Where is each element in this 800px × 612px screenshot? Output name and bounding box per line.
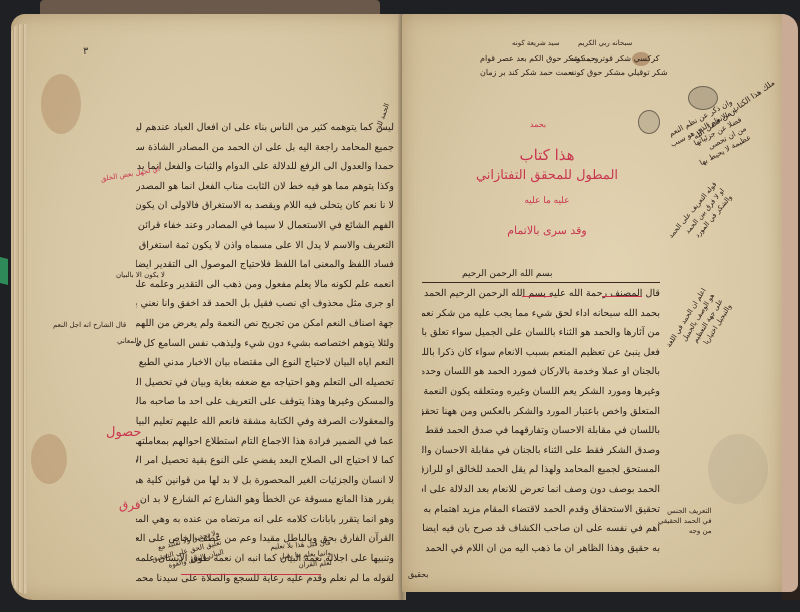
left-main-text: ليس كما يتوهمه كثير من الناس بناء على ان… xyxy=(136,118,394,588)
text-line: وغيرها ومورد الشكر يعم اللسان وغيره ومتع… xyxy=(422,382,660,402)
red-overline xyxy=(602,296,642,297)
text-line: ليس كما يتوهمه كثير من الناس بناء على ان… xyxy=(136,118,394,138)
text-line: من آثارها والحمد هو الثناء باللسان على ا… xyxy=(422,323,660,343)
bottom-note-line: في الحمد الحقيقي xyxy=(658,516,712,526)
margin-notes-lower: اعلم ان الحمد في اللغة هو الوصف بالجميل … xyxy=(664,286,734,365)
page-stack-edge xyxy=(11,24,27,594)
text-line: فساد اللفظ والمعنى اما اللفظ فلاحتياج ال… xyxy=(136,255,394,275)
text-line: لا انسان والجزئيات الغير المحصورة بل لا … xyxy=(136,471,394,491)
text-line: عما في الضمير فرادة هذا الاجماع التام اس… xyxy=(136,432,394,452)
title-line-1: هذا كتاب xyxy=(492,146,602,164)
text-line: وكذا يتوهم مما هو فيه خط لان الثابت مناب… xyxy=(136,177,394,197)
text-line: وهو انما يتقرر بابانات كلامه على انه مرت… xyxy=(136,510,394,530)
title-line-3: عليه ما عليه xyxy=(502,196,592,206)
text-line: ولئلا يتوهم اختصاصه بشيء دون شيء وليذهب … xyxy=(136,334,394,354)
green-bookmark-tab xyxy=(0,257,8,285)
water-stain xyxy=(41,74,81,134)
verse-line: شكر توقيلي مشكر حوق كونه xyxy=(570,68,668,78)
bottom-note-line: من وجه xyxy=(658,526,712,536)
text-line: انعمه علم لكونه مالا يعلم مفعول ومن ذهب … xyxy=(136,275,394,295)
text-line: اهم في نفسه على ان صاحب الكشاف قد صرح با… xyxy=(422,519,660,539)
right-page: سيد شريعة كونه سبحانه ربي الكريم كركسي ش… xyxy=(402,14,798,592)
text-line: وصدق الشكر فقط على الثناء بالجنان في مقا… xyxy=(422,441,660,461)
verse-line: نعمت حمد شكر كند بر زمان xyxy=(480,68,574,78)
faint-seal xyxy=(638,110,660,134)
text-line: لقوله ما لم نعلم وقدم عليه رعاية للسجع و… xyxy=(136,569,394,589)
text-line: الحمد بوصف دون وصف انما تعرض للانعام بعد… xyxy=(422,480,660,500)
basmala-heading: بسم الله الرحمن الرحيم xyxy=(462,269,552,279)
basmala-underline xyxy=(422,282,660,283)
margin-notes-mid: قوله التعريف على الحمد او لا فرق بين الح… xyxy=(666,180,734,254)
text-line: الفهم الشائع في الاستعمال لا سيما في الم… xyxy=(136,216,394,236)
book-cover-top-edge xyxy=(40,0,380,14)
text-line: بالجنان او عملا وخدمة بالاركان فمورد الح… xyxy=(422,362,660,382)
margin-note: قال الشارح انه اجل النعم xyxy=(53,320,126,330)
catchword: بحقيق xyxy=(408,570,429,580)
text-line: تحقيق الاستحقاق وقدم الحمد لاقتضاء المقا… xyxy=(422,500,660,520)
text-line: تحصيله الى التعلم وهو احتياجه مع ضعفه بغ… xyxy=(136,373,394,393)
text-line: به حقيق وهذا الظاهر ان ما ذهب اليه من ان… xyxy=(422,539,660,559)
bottom-note: التعريف الجنس في الحمد الحقيقي من وجه xyxy=(658,506,712,536)
verse-heading: سيد شريعة كونه xyxy=(512,38,560,48)
text-line: فعل ينبئ عن تعظيم المنعم بسبب الانعام سو… xyxy=(422,343,660,363)
text-line: التعريف والاسم لا يدل الا على مسماه واذن… xyxy=(136,236,394,256)
text-line: المتعلق واخص باعتبار المورد والشكر بالعك… xyxy=(422,402,660,422)
text-line: باللسان في مقابلة الاحسان وتفارقهما في ص… xyxy=(422,421,660,441)
red-margin-note-farq: فرق xyxy=(119,500,141,510)
margin-note: والمعاني xyxy=(117,336,142,346)
text-line: والمسكن وغيرها وهذا يتوقف على التعريف عل… xyxy=(136,392,394,412)
verse-line: حمد شكر حوق الكم بعد عصر قوام xyxy=(480,54,596,64)
bottom-notes-right: قال قبل هذا بلا تعليم وانما يعلم ما يصل … xyxy=(270,538,332,572)
text-line: حمدا والعدول الى الرفع للدلالة على الدوا… xyxy=(136,157,394,177)
text-line: او جرى مثل محذوف اي نصب فقيل بل الحمد قد… xyxy=(136,294,394,314)
title-line-4: وقد سرى بالاتمام xyxy=(492,224,602,237)
text-line: النعم اياه البيان لاحتياج النوع الى مقتض… xyxy=(136,353,394,373)
text-line: والمعقولات الصرفة وفي الكتابة مشقة فانعم… xyxy=(136,412,394,432)
text-line: كما لا احتياج الى الصلاح البعد يفضي على … xyxy=(136,451,394,471)
title-line-2: المطول للمحقق التفتازاني xyxy=(472,168,622,183)
title-invocation: بحمد xyxy=(518,120,558,129)
text-line: يقرر هذا المانع مسوقة عن الخطأ وهو الشار… xyxy=(136,490,394,510)
right-main-text: قال المصنف رحمة الله عليه بسم الله الرحم… xyxy=(422,284,660,558)
folio-mark: ٣ xyxy=(83,46,88,57)
red-overline xyxy=(522,296,552,297)
left-page: ٣ الحمد لله ليس كما يتوهمه كثير من الناس… xyxy=(11,14,403,600)
verse-heading: سبحانه ربي الكريم xyxy=(578,38,632,48)
margin-note: لا يكون الا بالبيان xyxy=(116,270,165,280)
red-margin-note-husul: حصول xyxy=(106,428,141,438)
faded-stain xyxy=(708,434,768,504)
text-line: بحمد الله سبحانه اداء لحق شيء مما يجب عل… xyxy=(422,304,660,324)
text-line: قال المصنف رحمة الله عليه بسم الله الرحم… xyxy=(422,284,660,304)
text-line: جهة اصناف النعم امكن من تجريح نص النعمة … xyxy=(136,314,394,334)
text-line: جميع المحامد راجعة اليه بل على ان الحمد … xyxy=(136,138,394,158)
text-line: لا نا نعم كان يتحلى فيه اللام ويقصد به ا… xyxy=(136,196,394,216)
bottom-note-line: التعريف الجنس xyxy=(658,506,712,516)
water-stain xyxy=(31,434,67,484)
red-overline xyxy=(181,574,321,575)
text-line: المستحق لجميع المحامد ولهذا لم يقل الحمد… xyxy=(422,460,660,480)
